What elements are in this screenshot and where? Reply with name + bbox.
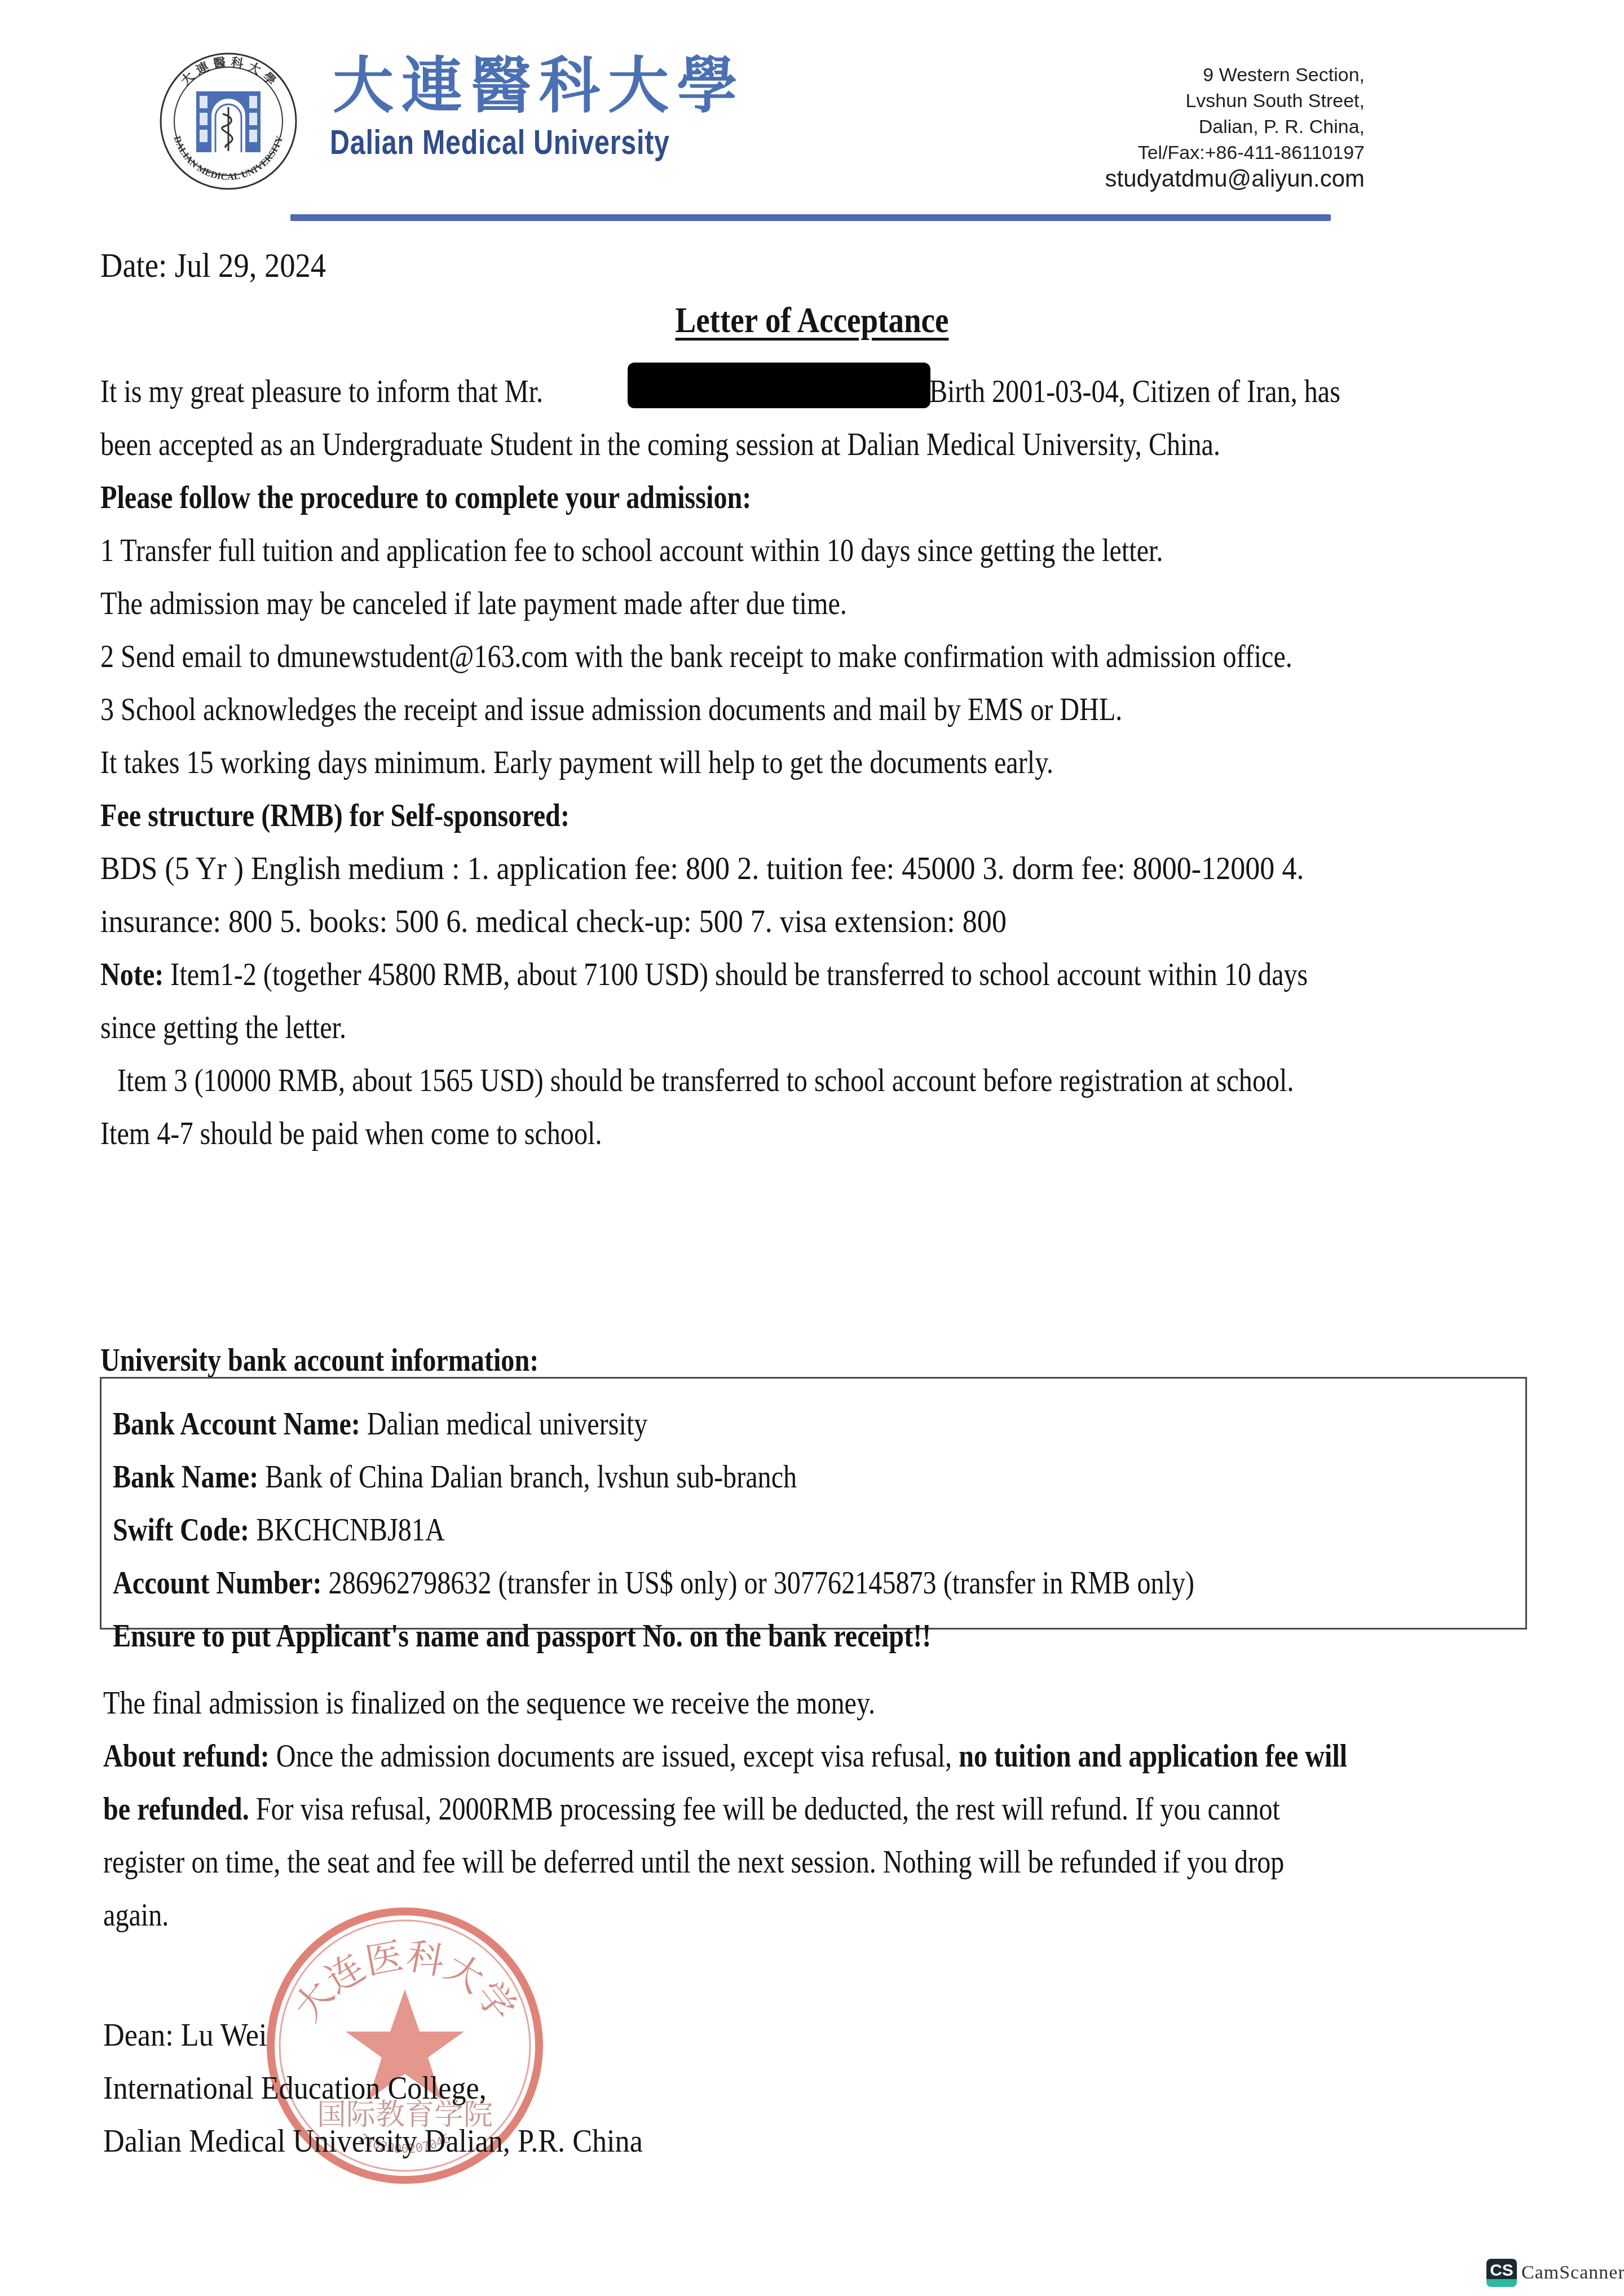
svg-text:大 連 醫 科 大 學: 大 連 醫 科 大 學 — [178, 55, 279, 89]
dean-name: Dean: Lu Wei — [103, 2019, 267, 2051]
intro-line-2: been accepted as an Undergraduate Studen… — [100, 429, 1220, 461]
final-admission-line: The final admission is finalized on the … — [103, 1688, 875, 1719]
bank-row-label: Bank Name: — [113, 1460, 258, 1495]
bank-row-label: Swift Code: — [113, 1513, 249, 1548]
bank-row-value: Bank of China Dalian branch, lvshun sub-… — [258, 1460, 797, 1495]
bank-row-value: 286962798632 (transfer in US$ only) or 3… — [322, 1566, 1195, 1601]
bank-row: Swift Code: BKCHCNBJ81A — [113, 1515, 445, 1546]
bank-row-label: Account Number: — [113, 1566, 322, 1601]
refund-line-2: be refunded. For visa refusal, 2000RMB p… — [103, 1794, 1280, 1825]
bank-row-label: Bank Account Name: — [113, 1407, 360, 1442]
camscanner-text: CamScanner — [1521, 2262, 1624, 2284]
note-line-4: Item 4-7 should be paid when come to sch… — [100, 1118, 602, 1150]
camscanner-logo-icon: CS — [1486, 2259, 1517, 2287]
fees-line-2: insurance: 800 5. books: 500 6. medical … — [100, 906, 1007, 938]
procedure-line: 1 Transfer full tuition and application … — [100, 535, 1163, 567]
address-line: 9 Western Section, — [1105, 62, 1365, 88]
refund-label: About refund: — [103, 1739, 270, 1774]
refund-bold-text: no tuition and application fee will — [952, 1739, 1347, 1774]
bank-row: Account Number: 286962798632 (transfer i… — [113, 1568, 1194, 1599]
bank-row: Bank Name: Bank of China Dalian branch, … — [113, 1462, 797, 1493]
fees-line-1: BDS (5 Yr ) English medium : 1. applicat… — [100, 853, 1304, 885]
bank-heading: University bank account information: — [100, 1345, 539, 1376]
refund-text: For visa refusal, 2000RMB processing fee… — [249, 1792, 1280, 1827]
bank-row-value: Dalian medical university — [360, 1407, 648, 1442]
university-location: Dalian Medical University Dalian, P.R. C… — [103, 2125, 643, 2157]
refund-bold-text: be refunded. — [103, 1792, 249, 1827]
fees-heading: Fee structure (RMB) for Self-sponsored: — [100, 800, 570, 832]
university-seal-icon: 大 連 醫 科 大 學 DALIAN MEDICAL UNIVERSITY — [158, 51, 299, 192]
contact-email: studyatdmu@aliyun.com — [1105, 166, 1365, 192]
redacted-name-box — [628, 363, 930, 408]
note-line-3: Item 3 (10000 RMB, about 1565 USD) shoul… — [117, 1065, 1294, 1097]
letter-title-text: Letter of Acceptance — [676, 302, 949, 338]
college-name: International Education College, — [103, 2072, 487, 2104]
intro-text: It is my great pleasure to inform that M… — [100, 374, 543, 409]
university-name-chinese: 大連醫科大學 — [333, 55, 745, 116]
bank-row: Bank Account Name: Dalian medical univer… — [113, 1408, 647, 1440]
refund-line-4: again. — [103, 1900, 169, 1931]
procedure-line: 3 School acknowledges the receipt and is… — [100, 694, 1122, 726]
bank-warning: Ensure to put Applicant's name and passp… — [113, 1621, 931, 1652]
note-label: Note: — [100, 957, 164, 992]
header-divider — [290, 214, 1331, 221]
letter-date: Date: Jul 29, 2024 — [100, 248, 326, 283]
procedure-line: The admission may be canceled if late pa… — [100, 588, 847, 620]
refund-line-1: About refund: Once the admission documen… — [103, 1741, 1347, 1772]
procedure-line: It takes 15 working days minimum. Early … — [100, 747, 1053, 779]
refund-line-3: register on time, the seat and fee will … — [103, 1847, 1284, 1878]
university-name-english: Dalian Medical University — [330, 125, 670, 160]
procedure-line: 2 Send email to dmunewstudent@163.com wi… — [100, 641, 1292, 673]
note-line-2: since getting the letter. — [100, 1012, 346, 1044]
letter-title: Letter of Acceptance — [0, 302, 1624, 338]
camscanner-watermark: CS CamScanner — [1486, 2259, 1624, 2287]
address-line: Dalian, P. R. China, — [1105, 114, 1365, 140]
note-line-1: Note: Item1-2 (together 45800 RMB, about… — [100, 959, 1308, 991]
bank-row-value: BKCHCNBJ81A — [249, 1513, 445, 1548]
university-address: 9 Western Section, Lvshun South Street, … — [1105, 62, 1365, 192]
address-line: Lvshun South Street, — [1105, 88, 1365, 114]
procedure-heading: Please follow the procedure to complete … — [100, 482, 751, 514]
tel-fax: Tel/Fax:+86-411-86110197 — [1105, 140, 1365, 166]
note-text: Item1-2 (together 45800 RMB, about 7100 … — [164, 957, 1308, 992]
refund-text: Once the admission documents are issued,… — [270, 1739, 952, 1774]
